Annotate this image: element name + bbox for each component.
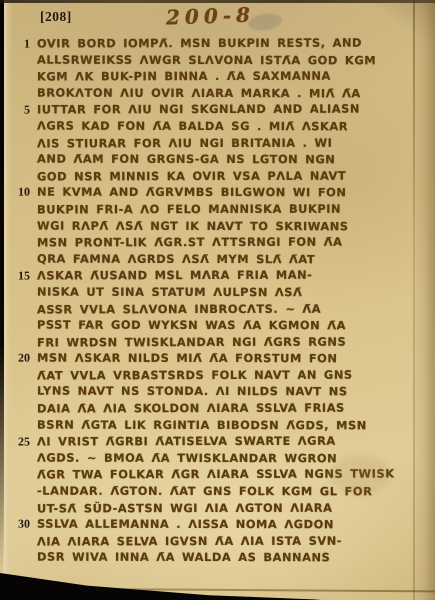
manuscript-line: BROKΛTON ΛIU OVIR ΛIARA MARKA . MIΛ̄ Λ̄A: [0, 84, 431, 101]
line-text: MSN ΛSKAR NILDS MIΛ̄ Λ̄A FORSTUM FON: [37, 350, 431, 367]
manuscript-line: 5IUTTAR FOR ΛIU NGI SKGNLAND AND ALIASN: [0, 101, 431, 119]
manuscript-line: ΛIS STIURAR FOR ΛIU NGI BRITANIA . WI: [0, 134, 431, 152]
line-text: FRI WRDSN TWISKLANDAR NGI Λ̄GRS RGNS: [37, 333, 431, 351]
manuscript-line: ALLSRWEIKSS ΛWGR SLΛVONA ISTΛ̄A GOD KGM: [0, 51, 431, 68]
line-text: Λ̄AT VVLA VRBASTSRDS FOLK NAVT AN GNS: [37, 366, 431, 384]
handwritten-page-number: 200-8: [166, 2, 256, 29]
manuscript-photo: [208] 200-8 1OVIR BORD IOMPΛ̄. MSN BUKPI…: [0, 0, 435, 600]
manuscript-line: 10NE KVMA AND Λ̄GRVMBS BILGWON WI FON: [0, 184, 431, 201]
manuscript-line: UT-SΛ̄ SÜD-ASTSN WGI ΛIA ΛGTON ΛIARA: [0, 499, 431, 517]
manuscript-line: DSR WIVA INNA Λ̄A WALDA AS BANNANS: [0, 549, 431, 566]
line-text: ALLSRWEIKSS ΛWGR SLΛVONA ISTΛ̄A GOD KGM: [37, 51, 431, 68]
manuscript-line: 25ΛI VRIST Λ̄GRBI Λ̄ATISELVA SWARTE ΛGRA: [0, 433, 431, 451]
line-text: MSN PRONT-LIK Λ̄GR.ST ΛTTSRNGI FON Λ̄A: [37, 234, 431, 252]
manuscript-line: 1OVIR BORD IOMPΛ̄. MSN BUKPIN RESTS, AND: [0, 34, 431, 52]
line-text: NISKA UT SINA STATUM ΛULPSN ΛSΛ̄: [37, 284, 431, 301]
line-text: UT-SΛ̄ SÜD-ASTSN WGI ΛIA ΛGTON ΛIARA: [37, 499, 431, 517]
line-text: GOD NSR MINNIS KA OVIR VSA PΛLA NAVT: [37, 167, 431, 185]
manuscript-line: DAIA Λ̄A ΛIA SKOLDON ΛIARA SSLVA FRIAS: [0, 399, 431, 417]
paper-stain: [330, 455, 390, 495]
manuscript-line: 20MSN ΛSKAR NILDS MIΛ̄ Λ̄A FORSTUM FON: [0, 350, 431, 367]
line-text: IUTTAR FOR ΛIU NGI SKGNLAND AND ALIASN: [37, 101, 431, 119]
line-text: KGM ΛK BUK-PIN BINNA . Λ̄A SAXMANNA: [37, 68, 431, 86]
manuscript-line: BSRN Λ̄GTA LIK RGINTIA BIBODSN Λ̄GDS, MS…: [0, 416, 431, 433]
line-text: QRA FAMNA ΛGRDS ΛSΛ̄ MYM SLΛ̄ Λ̄AT: [37, 250, 431, 267]
manuscript-line: 15ΛSKAR Λ̄USAND MSL MΛRA FRIA MAN-: [0, 267, 431, 285]
top-edge-shadow: [0, 0, 435, 3]
manuscript-line: PSST FAR GOD WYKSN WAS Λ̄A KGMON Λ̄A: [0, 317, 431, 334]
left-edge-shadow: [0, 0, 4, 575]
line-text: ΛSKAR Λ̄USAND MSL MΛRA FRIA MAN-: [37, 267, 431, 285]
manuscript-line: Λ̄AT VVLA VRBASTSRDS FOLK NAVT AN GNS: [0, 366, 431, 384]
line-text: ΛI VRIST Λ̄GRBI Λ̄ATISELVA SWARTE ΛGRA: [37, 433, 431, 451]
manuscript-line: QRA FAMNA ΛGRDS ΛSΛ̄ MYM SLΛ̄ Λ̄AT: [0, 250, 431, 267]
line-text: LYNS NAVT NS STONDA. ΛI NILDS NAVT NS: [37, 383, 431, 400]
manuscript-line: MSN PRONT-LIK Λ̄GR.ST ΛTTSRNGI FON Λ̄A: [0, 234, 431, 252]
line-text: DSR WIVA INNA Λ̄A WALDA AS BANNANS: [37, 549, 431, 566]
line-text: ΛIA ΛIARA SELVA IGVSN Λ̄A ΛIA ISTA SVN-: [37, 532, 431, 550]
line-text: BROKΛTON ΛIU OVIR ΛIARA MARKA . MIΛ̄ Λ̄A: [37, 84, 431, 101]
line-text: ASSR VVLA SLΛVONA INBROCΛTS. ~ Λ̄A: [37, 300, 431, 318]
manuscript-line: LYNS NAVT NS STONDA. ΛI NILDS NAVT NS: [0, 383, 431, 400]
manuscript-line: KGM ΛK BUK-PIN BINNA . Λ̄A SAXMANNA: [0, 68, 431, 86]
line-text: NE KVMA AND Λ̄GRVMBS BILGWON WI FON: [37, 184, 431, 201]
line-text: AND Λ̄AM FON GRGNS-GA NS LGTON NGN: [37, 151, 431, 168]
manuscript-line: FRI WRDSN TWISKLANDAR NGI Λ̄GRS RGNS: [0, 333, 431, 351]
line-text: SSLVA ALLEMANNA . ΛISSA NOMA ΛGDON: [37, 516, 431, 533]
printed-page-number: [208]: [40, 9, 72, 25]
line-text: ΛIS STIURAR FOR ΛIU NGI BRITANIA . WI: [37, 134, 431, 152]
torn-left-edge: [3, 0, 12, 590]
line-text: BUKPIN FRI-A ΛO FELO MANNISKA BUKPIN: [37, 200, 431, 218]
manuscript-line: 30SSLVA ALLEMANNA . ΛISSA NOMA ΛGDON: [0, 516, 431, 533]
manuscript-line: WGI RΛPΛ̄ ΛSΛ̄ NGT IK NAVT TO SKRIWANS: [0, 217, 431, 234]
manuscript-line: NISKA UT SINA STATUM ΛULPSN ΛSΛ̄: [0, 283, 431, 300]
line-text: WGI RΛPΛ̄ ΛSΛ̄ NGT IK NAVT TO SKRIWANS: [37, 217, 431, 234]
line-text: ΛGRS KAD FON Λ̄A BALDA SG . MIΛ̄ ΛSKAR: [37, 118, 431, 135]
line-text: DAIA Λ̄A ΛIA SKOLDON ΛIARA SSLVA FRIAS: [37, 399, 431, 417]
line-text: BSRN Λ̄GTA LIK RGINTIA BIBODSN Λ̄GDS, MS…: [37, 416, 431, 433]
right-crease: [413, 0, 415, 600]
manuscript-line: ASSR VVLA SLΛVONA INBROCΛTS. ~ Λ̄A: [0, 300, 431, 318]
manuscript-line: AND Λ̄AM FON GRGNS-GA NS LGTON NGN: [0, 151, 431, 168]
manuscript-line: ΛIA ΛIARA SELVA IGVSN Λ̄A ΛIA ISTA SVN-: [0, 532, 431, 550]
manuscript-line: BUKPIN FRI-A ΛO FELO MANNISKA BUKPIN: [0, 200, 431, 218]
manuscript-line: GOD NSR MINNIS KA OVIR VSA PΛLA NAVT: [0, 167, 431, 185]
line-text: PSST FAR GOD WYKSN WAS Λ̄A KGMON Λ̄A: [37, 317, 431, 334]
manuscript-line: ΛGRS KAD FON Λ̄A BALDA SG . MIΛ̄ ΛSKAR: [0, 118, 431, 135]
